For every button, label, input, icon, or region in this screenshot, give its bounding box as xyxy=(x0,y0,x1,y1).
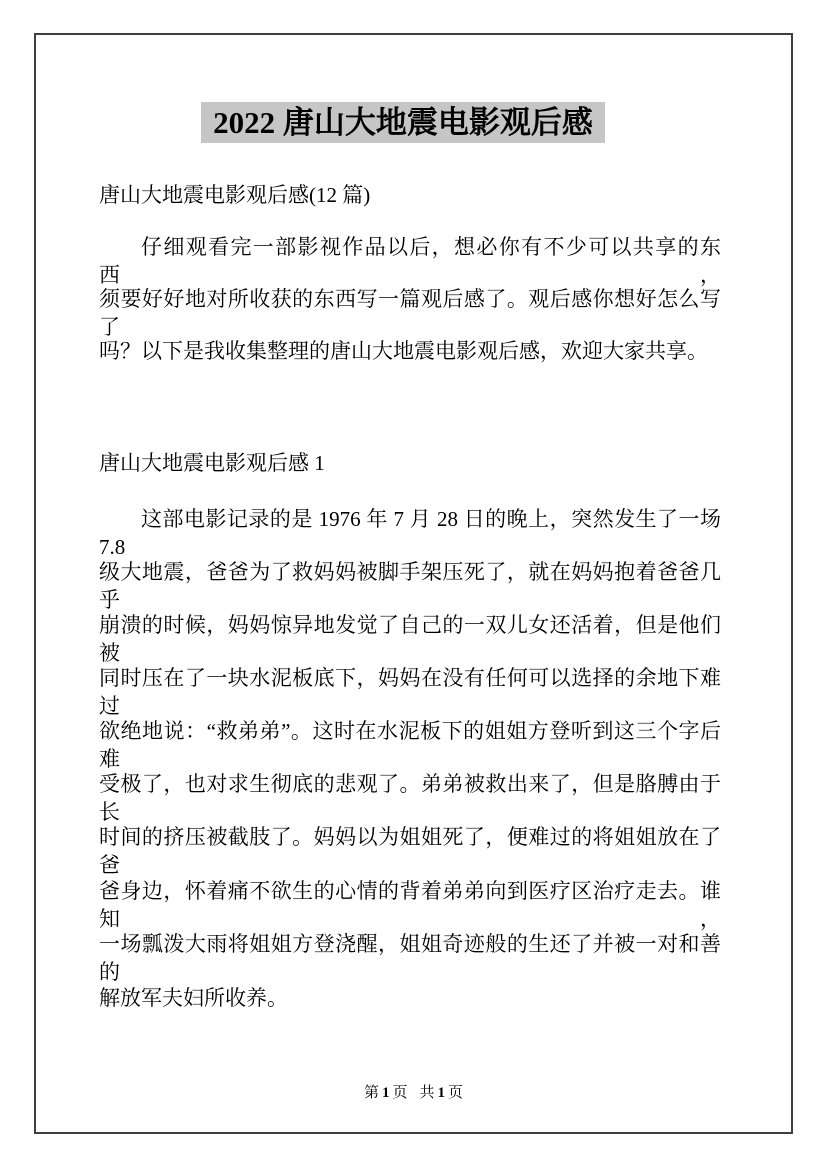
footer-page-prefix: 第 xyxy=(364,1085,379,1101)
footer-total-prefix: 共 xyxy=(420,1085,435,1101)
body-line: 解放军夫妇所收养。 xyxy=(99,984,721,1012)
intro-line: 须要好好地对所收获的东西写一篇观后感了。观后感你想好怎么写了 xyxy=(99,285,721,313)
section-heading: 唐山大地震电影观后感 1 xyxy=(99,449,721,477)
body-line: 欲绝地说：“救弟弟”。这时在水泥板下的姐姐方登听到这三个字后难 xyxy=(99,717,721,745)
intro-line: 吗？以下是我收集整理的唐山大地震电影观后感，欢迎大家共享。 xyxy=(99,337,721,365)
document-title: 2022 唐山大地震电影观后感 xyxy=(201,102,605,143)
footer-page-number: 1 xyxy=(382,1085,390,1101)
body-line: 受极了，也对求生彻底的悲观了。弟弟被救出来了，但是胳膊由于长 xyxy=(99,770,721,798)
body-line: 一场瓢泼大雨将姐姐方登浇醒，姐姐奇迹般的生还了并被一对和善的 xyxy=(99,930,721,958)
footer-page-indicator: 第1页共1页 xyxy=(34,1083,793,1103)
body-line: 爸身边，怀着痛不欲生的心情的背着弟弟向到医疗区治疗走去。谁知， xyxy=(99,877,721,905)
footer-total-number: 1 xyxy=(438,1085,446,1101)
footer-total-suffix: 页 xyxy=(448,1085,463,1101)
body-line: 这部电影记录的是 1976 年 7 月 28 日的晚上，突然发生了一场 7.8 xyxy=(99,505,721,533)
body-line: 崩溃的时候，妈妈惊异地发觉了自己的一双儿女还活着，但是他们被 xyxy=(99,611,721,639)
document-subtitle: 唐山大地震电影观后感(12 篇) xyxy=(99,181,721,209)
body-line: 级大地震，爸爸为了救妈妈被脚手架压死了，就在妈妈抱着爸爸几乎 xyxy=(99,558,721,586)
footer-total-group: 共1页 xyxy=(420,1085,464,1101)
body-line: 同时压在了一块水泥板底下，妈妈在没有任何可以选择的余地下难过 xyxy=(99,664,721,692)
footer-page-suffix: 页 xyxy=(392,1085,407,1101)
body-line: 时间的挤压被截肢了。妈妈以为姐姐死了，便难过的将姐姐放在了爸 xyxy=(99,823,721,851)
intro-line: 仔细观看完一部影视作品以后，想必你有不少可以共享的东西， xyxy=(99,233,721,261)
